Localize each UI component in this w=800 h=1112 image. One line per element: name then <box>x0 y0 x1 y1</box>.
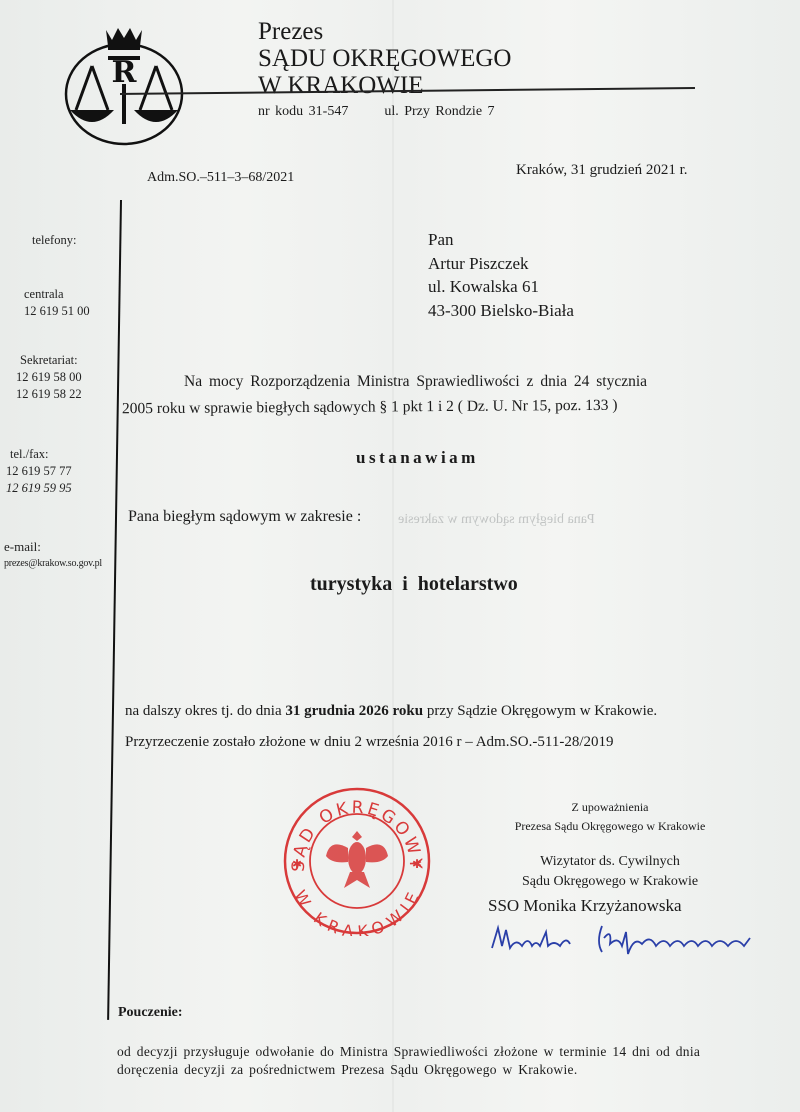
authorization-line2: Prezesa Sądu Okręgowego w Krakowie <box>480 817 740 836</box>
addressee-salutation: Pan <box>428 228 574 252</box>
header-title-line3: W KRAKOWIE <box>258 72 511 99</box>
reference-number: Adm.SO.–511–3–68/2021 <box>147 170 294 186</box>
street-address: ul. Przy Rondzie 7 <box>384 104 494 119</box>
period-date: 31 grudnia 2026 roku <box>285 703 423 719</box>
fax-phones: tel./fax: 12 619 57 77 12 619 59 95 <box>6 446 72 497</box>
legal-basis-line2: 2005 roku w sprawie biegłych sądowych § … <box>122 392 762 421</box>
svg-text:✱: ✱ <box>412 857 422 871</box>
fax-number: 12 619 57 77 <box>6 463 72 480</box>
svg-text:W KRAKOWIE: W KRAKOWIE <box>290 887 423 936</box>
appointment-period: na dalszy okres tj. do dnia 31 grudnia 2… <box>125 703 657 720</box>
phones-label: telefony: <box>32 232 76 249</box>
secretariat-number: 12 619 58 00 <box>16 369 82 386</box>
court-scales-crown-logo-icon: R <box>62 24 186 148</box>
instruction-text: od decyzji przysługuje odwołanie do Mini… <box>117 1043 757 1079</box>
email-block: e-mail: prezes@krakow.so.gov.pl <box>4 538 102 572</box>
secretariat-label: Sekretariat: <box>16 352 82 369</box>
handwritten-signature-icon <box>488 918 768 958</box>
signer-role: Wizytator ds. Cywilnych Sądu Okręgowego … <box>480 852 740 892</box>
bleed-through-text: Pana biegłym sądowym w zakresie <box>398 512 595 528</box>
authorization-line1: Z upoważnienia <box>480 798 740 817</box>
period-suffix: przy Sądzie Okręgowym w Krakowie. <box>427 703 657 719</box>
role-line1: Wizytator ds. Cywilnych <box>480 852 740 872</box>
letter-page: R Prezes SĄDU OKRĘGOWEGO W KRAKOWIE nr k… <box>0 0 800 1112</box>
letter-date: Kraków, 31 grudzień 2021 r. <box>516 162 688 179</box>
specialty: turystyka i hotelarstwo <box>310 573 518 596</box>
addressee-street: ul. Kowalska 61 <box>428 275 574 299</box>
period-prefix: na dalszy okres tj. do dnia <box>125 703 282 719</box>
scope-intro: Pana biegłym sądowym w zakresie : <box>128 508 361 526</box>
svg-text:✱: ✱ <box>292 857 302 871</box>
header-address: nr kodu 31-547ul. Przy Rondzie 7 <box>258 104 495 120</box>
secretariat-number: 12 619 58 22 <box>16 386 82 403</box>
authorization: Z upoważnienia Prezesa Sądu Okręgowego w… <box>480 798 740 836</box>
email-label: e-mail: <box>4 538 102 555</box>
email-address: prezes@krakow.so.gov.pl <box>4 555 102 572</box>
court-stamp-icon: SĄD OKRĘGOWY W KRAKOWIE ✱ ✱ <box>282 786 432 936</box>
instruction-title: Pouczenie: <box>118 1005 183 1021</box>
fax-label: tel./fax: <box>6 446 72 463</box>
header-title: Prezes SĄDU OKRĘGOWEGO W KRAKOWIE <box>258 18 511 99</box>
paper-fold <box>392 0 394 1112</box>
secretariat-phones: Sekretariat: 12 619 58 00 12 619 58 22 <box>16 352 82 403</box>
addressee-name: Artur Piszczek <box>428 252 574 276</box>
fax-number: 12 619 59 95 <box>6 480 72 497</box>
role-line2: Sądu Okręgowego w Krakowie <box>480 872 740 892</box>
legal-basis-line1: Na mocy Rozporządzenia Ministra Sprawied… <box>122 369 762 394</box>
addressee-block: Pan Artur Piszczek ul. Kowalska 61 43-30… <box>428 228 574 322</box>
central-phone: centrala 12 619 51 00 <box>24 286 90 320</box>
addressee-city: 43-300 Bielsko-Biała <box>428 299 574 323</box>
decision-word: ustanawiam <box>356 448 479 468</box>
margin-rule <box>107 200 122 1020</box>
header-title-line1: Prezes <box>258 18 511 45</box>
legal-basis: Na mocy Rozporządzenia Ministra Sprawied… <box>122 369 762 419</box>
central-label: centrala <box>24 286 90 303</box>
postal-code: nr kodu 31-547 <box>258 104 348 119</box>
header-title-line2: SĄDU OKRĘGOWEGO <box>258 45 511 72</box>
signer-name: SSO Monika Krzyżanowska <box>488 896 682 916</box>
central-number: 12 619 51 00 <box>24 303 90 320</box>
pledge-line: Przyrzeczenie zostało złożone w dniu 2 w… <box>125 734 613 751</box>
